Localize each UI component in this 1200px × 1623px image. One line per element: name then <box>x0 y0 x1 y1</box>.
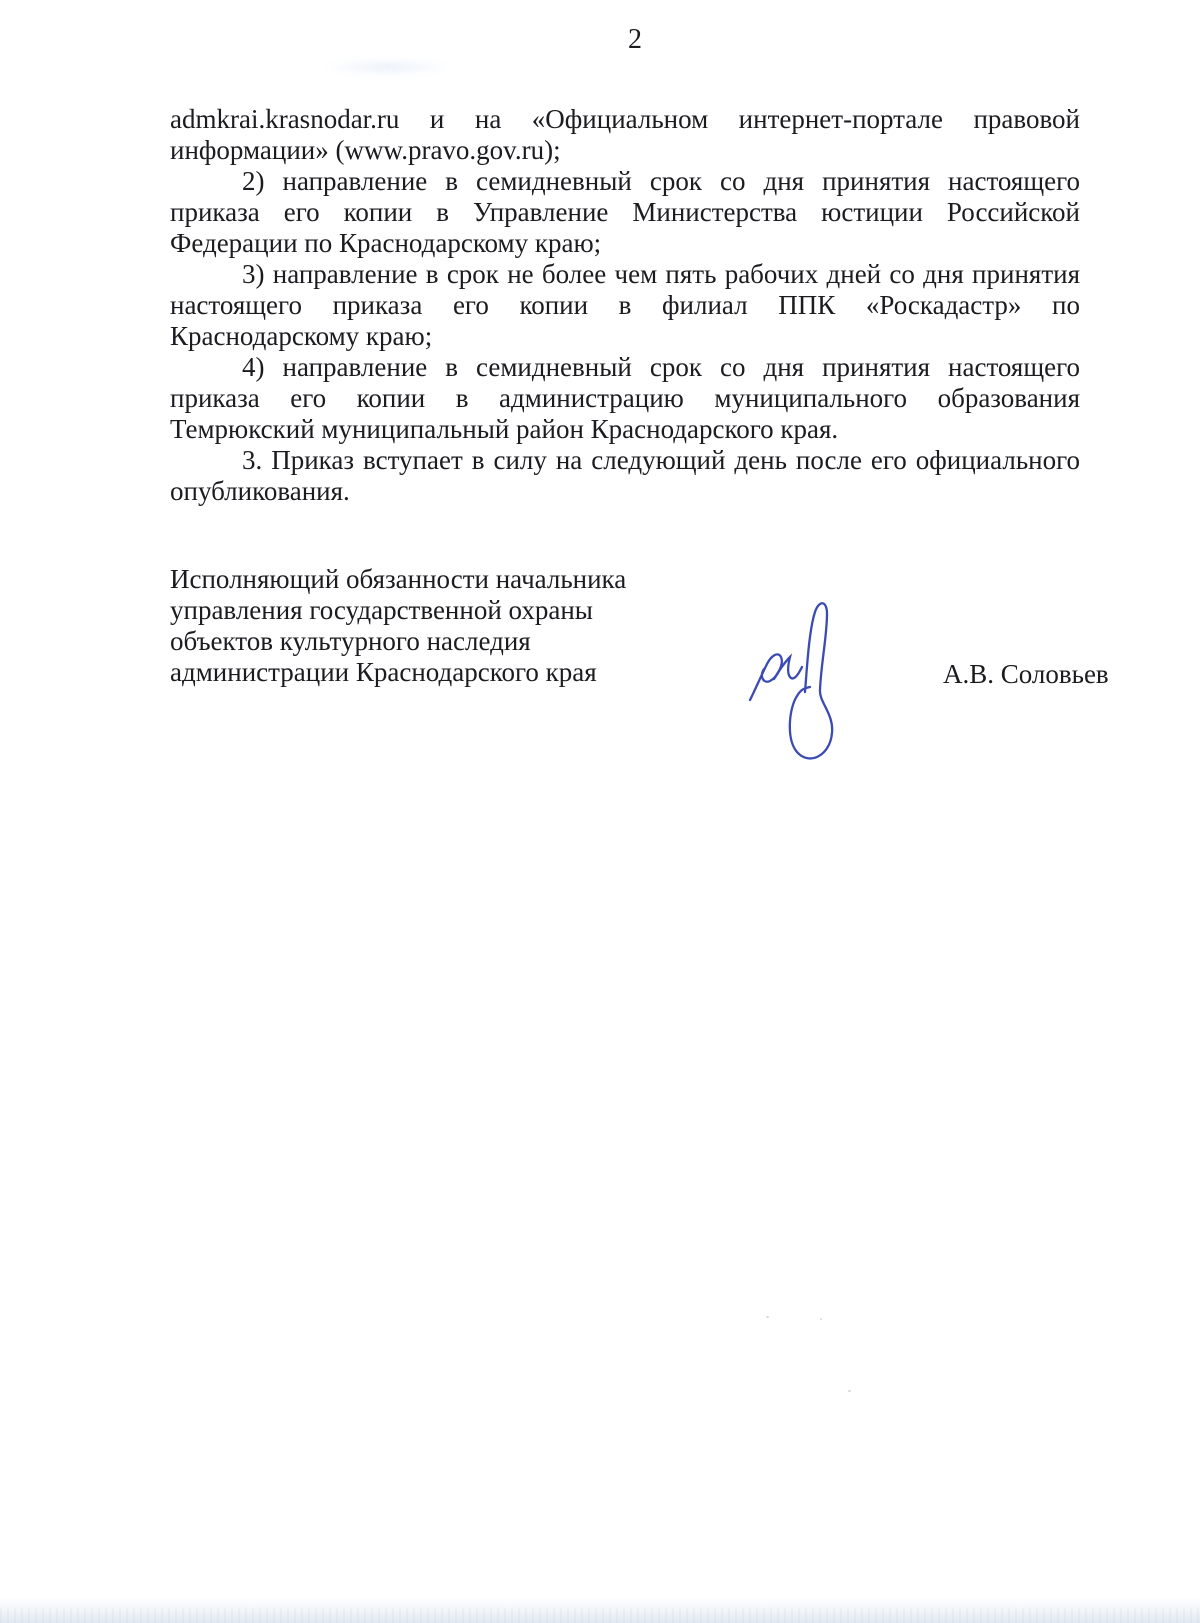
signature-title-line: управления государственной охраны <box>170 595 790 626</box>
signature-title-line: объектов культурного наследия <box>170 626 790 657</box>
body-line: приказа его копии в администрацию муници… <box>170 383 1080 414</box>
scan-edge-streaks <box>0 1608 1200 1623</box>
signature-title-line: Исполняющий обязанности начальника <box>170 564 790 595</box>
scan-speck <box>820 1318 822 1320</box>
body-line: Федерации по Краснодарскому краю; <box>170 228 1080 259</box>
document-body: admkrai.krasnodar.ru и на «Официальном и… <box>170 104 1080 507</box>
scan-speck <box>848 1390 851 1392</box>
body-line: Краснодарскому краю; <box>170 321 1080 352</box>
document-page: 2 admkrai.krasnodar.ru и на «Официальном… <box>0 0 1200 1623</box>
paragraph: 3) направление в срок не более чем пять … <box>170 259 1080 352</box>
body-line: admkrai.krasnodar.ru и на «Официальном и… <box>170 104 1080 135</box>
body-line: настоящего приказа его копии в филиал ПП… <box>170 290 1080 321</box>
paragraph: admkrai.krasnodar.ru и на «Официальном и… <box>170 104 1080 166</box>
body-line: 3) направление в срок не более чем пять … <box>170 259 1080 290</box>
signature-title: Исполняющий обязанности начальника управ… <box>170 564 790 688</box>
body-line: опубликования. <box>170 476 1080 507</box>
paragraph: 3. Приказ вступает в силу на следующий д… <box>170 445 1080 507</box>
signature-title-line: администрации Краснодарского края <box>170 657 790 688</box>
signature-stroke <box>790 603 832 758</box>
handwritten-signature-icon <box>743 596 843 774</box>
signer-name: А.В. Соловьев <box>943 659 1109 690</box>
signature-stroke <box>750 654 782 700</box>
paragraph: 4) направление в семидневный срок со дня… <box>170 352 1080 445</box>
body-line: 4) направление в семидневный срок со дня… <box>170 352 1080 383</box>
signature-stroke <box>774 657 802 679</box>
body-line: приказа его копии в Управление Министерс… <box>170 197 1080 228</box>
body-line: 3. Приказ вступает в силу на следующий д… <box>170 445 1080 476</box>
page-number: 2 <box>170 22 1100 58</box>
paragraph: 2) направление в семидневный срок со дня… <box>170 166 1080 259</box>
body-line: 2) направление в семидневный срок со дня… <box>170 166 1080 197</box>
body-line: информации» (www.pravo.gov.ru); <box>170 135 1080 166</box>
body-line: Темрюкский муниципальный район Краснодар… <box>170 414 1080 445</box>
scan-smear-artifact <box>320 57 455 77</box>
scan-speck <box>766 1316 769 1318</box>
